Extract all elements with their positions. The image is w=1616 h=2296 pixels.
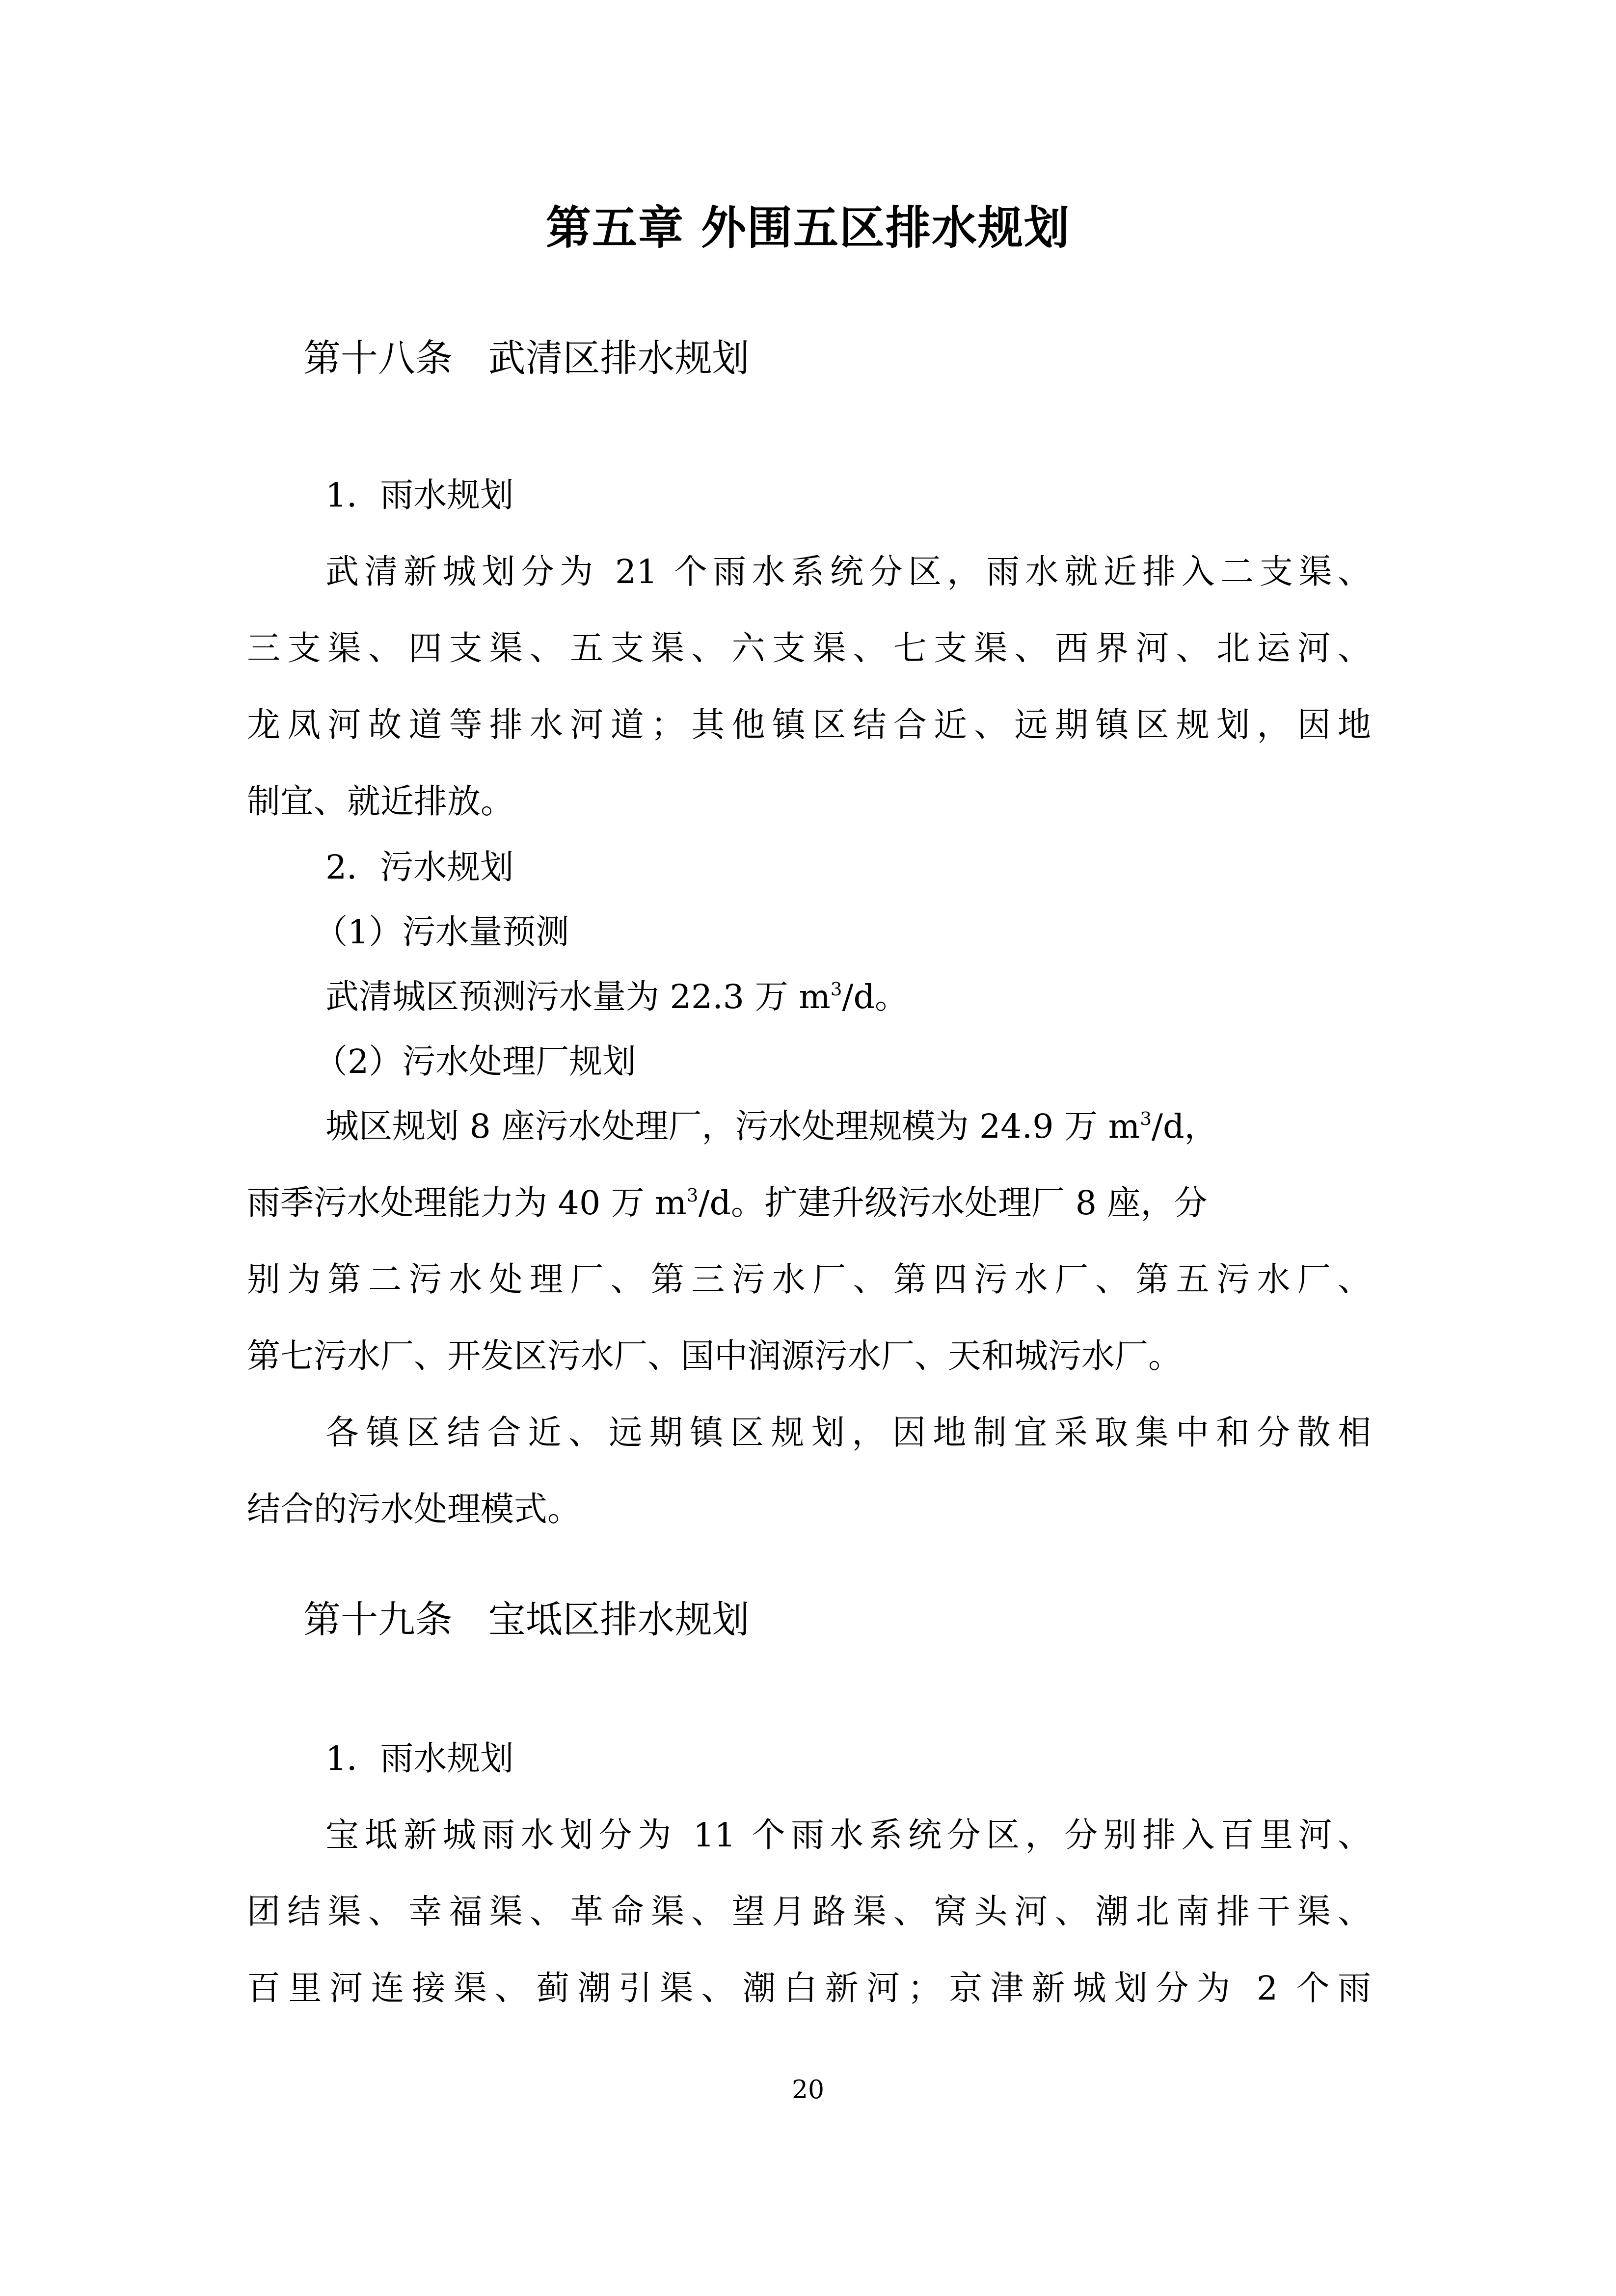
paragraph-line: 宝坻新城雨水划分为 11 个雨水系统分区，分别排入百里河、 [325,1811,1371,1860]
text-fragment: /d。扩建升级污水处理厂 8 座，分 [699,1184,1208,1223]
sewage-forecast-text: 武清城区预测污水量为 22.3 万 m3/d。 [325,973,1450,1022]
text-fragment: /d， [1152,1107,1217,1146]
text-fragment: 武清城区预测污水量为 22.3 万 m [325,978,831,1016]
text-fragment: /d。 [842,978,908,1016]
paragraph-line: 雨季污水处理能力为 40 万 m3/d。扩建升级污水处理厂 8 座，分 [247,1179,1371,1228]
paragraph-line: 三支渠、四支渠、五支渠、六支渠、七支渠、西界河、北运河、 [247,624,1371,673]
chapter-title: 第五章 外围五区排水规划 [0,199,1616,258]
treatment-plant-heading: （2）污水处理厂规划 [314,1038,1438,1087]
paragraph-line: 别为第二污水处理厂、第三污水厂、第四污水厂、第五污水厂、 [247,1255,1371,1305]
article-18-heading: 第十八条 武清区排水规划 [303,334,749,383]
rain-planning-heading: 1．雨水规划 [325,471,1450,520]
paragraph-line: 龙凤河故道等排水河道；其他镇区结合近、远期镇区规划，因地 [247,701,1371,750]
paragraph-line: 结合的污水处理模式。 [247,1485,1371,1534]
paragraph-line: 第七污水厂、开发区污水厂、国中润源污水厂、天和城污水厂。 [247,1332,1371,1381]
sewage-forecast-heading: （1）污水量预测 [314,908,1438,957]
text-fragment: 雨季污水处理能力为 40 万 m [247,1184,687,1223]
superscript: 3 [687,1184,699,1206]
paragraph-line: 武清新城划分为 21 个雨水系统分区，雨水就近排入二支渠、 [325,548,1371,597]
page-number: 20 [0,2070,1616,2109]
paragraph-line: 团结渠、幸福渠、革命渠、望月路渠、窝头河、潮北南排干渠、 [247,1888,1371,1937]
rain-planning-heading: 1．雨水规划 [325,1735,1450,1784]
document-page: 第五章 外围五区排水规划 第十八条 武清区排水规划 1．雨水规划 武清新城划分为… [0,0,1616,2296]
paragraph-line: 百里河连接渠、蓟潮引渠、潮白新河；京津新城划分为 2 个雨 [247,1964,1371,2013]
paragraph-line: 城区规划 8 座污水处理厂，污水处理规模为 24.9 万 m3/d， [325,1102,1450,1151]
article-19-heading: 第十九条 宝坻区排水规划 [303,1595,749,1644]
sewage-planning-heading: 2．污水规划 [325,843,1450,892]
paragraph-line: 各镇区结合近、远期镇区规划，因地制宜采取集中和分散相 [325,1409,1371,1458]
superscript: 3 [1140,1108,1152,1129]
text-fragment: 城区规划 8 座污水处理厂，污水处理规模为 24.9 万 m [325,1107,1140,1146]
paragraph-line: 制宜、就近排放。 [247,777,1371,827]
superscript: 3 [831,978,842,1000]
